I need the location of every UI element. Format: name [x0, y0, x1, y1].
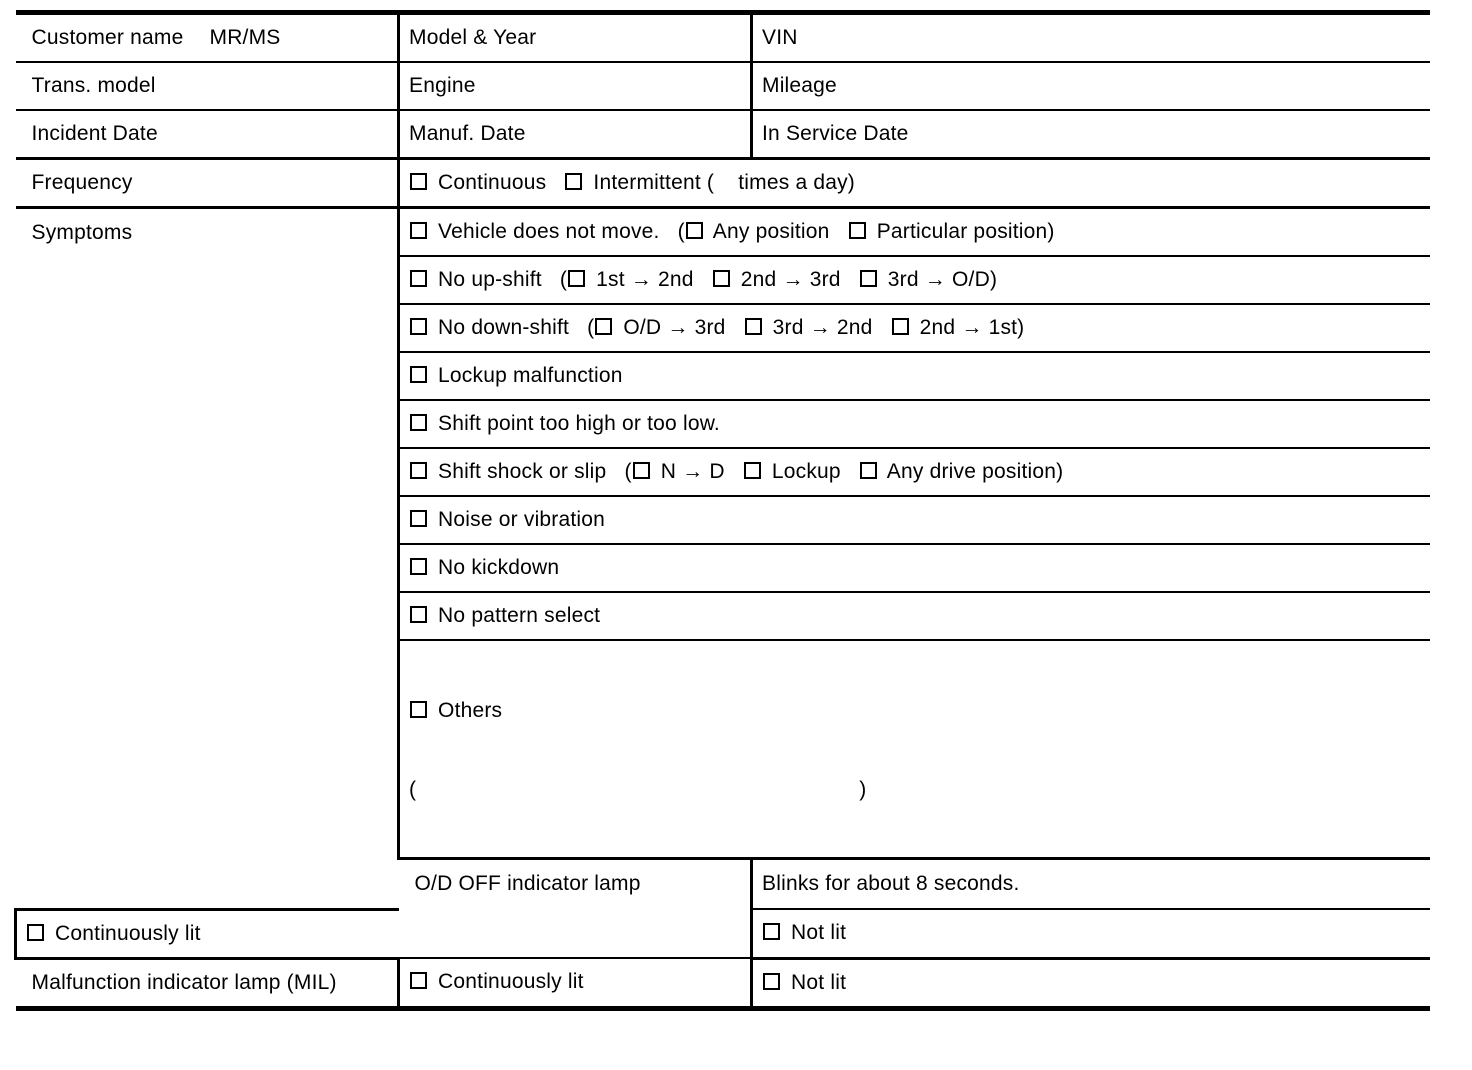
in-service-date-cell: In Service Date: [752, 110, 1430, 159]
checkbox-icon[interactable]: [745, 318, 762, 335]
trans-model-cell: Trans. model: [16, 62, 399, 110]
checkbox-icon[interactable]: [27, 924, 44, 941]
checkbox-icon[interactable]: [595, 318, 612, 335]
model-year-cell: Model & Year: [399, 13, 752, 63]
symptom-option-cell: No down-shift ( O/D → 3rd 3rd → 2nd 2nd …: [399, 304, 1430, 352]
checkbox-icon[interactable]: [410, 510, 427, 527]
mil-not-lit-cell: Not lit: [752, 958, 1430, 1008]
checkbox-icon[interactable]: [410, 366, 427, 383]
checkbox-icon[interactable]: [410, 972, 427, 989]
customer-name-cell: Customer nameMR/MS: [16, 13, 399, 63]
symptom-option-cell: Vehicle does not move. ( Any position Pa…: [399, 208, 1430, 257]
checkbox-icon[interactable]: [410, 318, 427, 335]
od-off-continuously-lit-cell: Continuously lit: [16, 909, 399, 958]
symptoms-label-cell: Symptoms: [16, 208, 399, 910]
row-customer: Customer nameMR/MS Model & Year VIN: [16, 13, 1430, 63]
row-symptom: Symptoms Vehicle does not move. ( Any po…: [16, 208, 1430, 257]
checkbox-icon[interactable]: [568, 270, 585, 287]
others-option-line: Others: [409, 695, 1422, 726]
row-mil: Malfunction indicator lamp (MIL) Continu…: [16, 958, 1430, 1008]
symptom-option-cell: Shift shock or slip ( N → D Lockup Any d…: [399, 448, 1430, 496]
row-incident-date: Incident Date Manuf. Date In Service Dat…: [16, 110, 1430, 159]
vin-cell: VIN: [752, 13, 1430, 63]
od-off-label-cell: O/D OFF indicator lamp: [399, 859, 752, 959]
symptom-option-cell: Lockup malfunction: [399, 352, 1430, 400]
others-paren-open: (: [409, 778, 416, 801]
checkbox-icon[interactable]: [849, 222, 866, 239]
others-cell: Others (): [399, 640, 1430, 859]
od-off-not-lit-cell: Not lit: [752, 909, 1430, 958]
customer-honorific-label: MR/MS: [210, 26, 281, 49]
incident-date-cell: Incident Date: [16, 110, 399, 159]
symptom-option-cell: No pattern select: [399, 592, 1430, 640]
customer-information-form: Customer nameMR/MS Model & Year VIN Tran…: [14, 10, 1430, 1011]
manuf-date-cell: Manuf. Date: [399, 110, 752, 159]
scanned-form-page: Customer nameMR/MS Model & Year VIN Tran…: [0, 0, 1472, 1070]
engine-cell: Engine: [399, 62, 752, 110]
checkbox-icon[interactable]: [410, 222, 427, 239]
checkbox-icon[interactable]: [410, 558, 427, 575]
checkbox-icon[interactable]: [686, 222, 703, 239]
mil-continuously-lit-cell: Continuously lit: [399, 958, 752, 1008]
checkbox-icon[interactable]: [713, 270, 730, 287]
checkbox-icon[interactable]: [892, 318, 909, 335]
checkbox-icon[interactable]: [860, 462, 877, 479]
od-off-blinks-cell: Blinks for about 8 seconds.: [752, 859, 1430, 910]
row-trans-model: Trans. model Engine Mileage: [16, 62, 1430, 110]
checkbox-icon[interactable]: [744, 462, 761, 479]
checkbox-icon[interactable]: [410, 701, 427, 718]
checkbox-icon[interactable]: [410, 462, 427, 479]
symptom-option-cell: No kickdown: [399, 544, 1430, 592]
customer-name-label: Customer name: [32, 26, 184, 49]
checkbox-icon[interactable]: [860, 270, 877, 287]
mil-label-cell: Malfunction indicator lamp (MIL): [16, 958, 399, 1008]
symptom-option-cell: No up-shift ( 1st → 2nd 2nd → 3rd 3rd → …: [399, 256, 1430, 304]
checkbox-icon[interactable]: [633, 462, 650, 479]
symptom-option-cell: Noise or vibration: [399, 496, 1430, 544]
checkbox-icon[interactable]: [410, 270, 427, 287]
others-paren-close: ): [859, 778, 866, 801]
checkbox-icon[interactable]: [410, 606, 427, 623]
others-writein-line: (): [409, 774, 1422, 805]
checkbox-icon[interactable]: [565, 173, 582, 190]
symptom-option-cell: Shift point too high or too low.: [399, 400, 1430, 448]
frequency-options-cell: Continuous Intermittent ( times a day): [399, 159, 1430, 208]
frequency-label-cell: Frequency: [16, 159, 399, 208]
checkbox-icon[interactable]: [763, 923, 780, 940]
mileage-cell: Mileage: [752, 62, 1430, 110]
checkbox-icon[interactable]: [410, 414, 427, 431]
checkbox-icon[interactable]: [410, 173, 427, 190]
row-frequency: Frequency Continuous Intermittent ( time…: [16, 159, 1430, 208]
checkbox-icon[interactable]: [763, 973, 780, 990]
